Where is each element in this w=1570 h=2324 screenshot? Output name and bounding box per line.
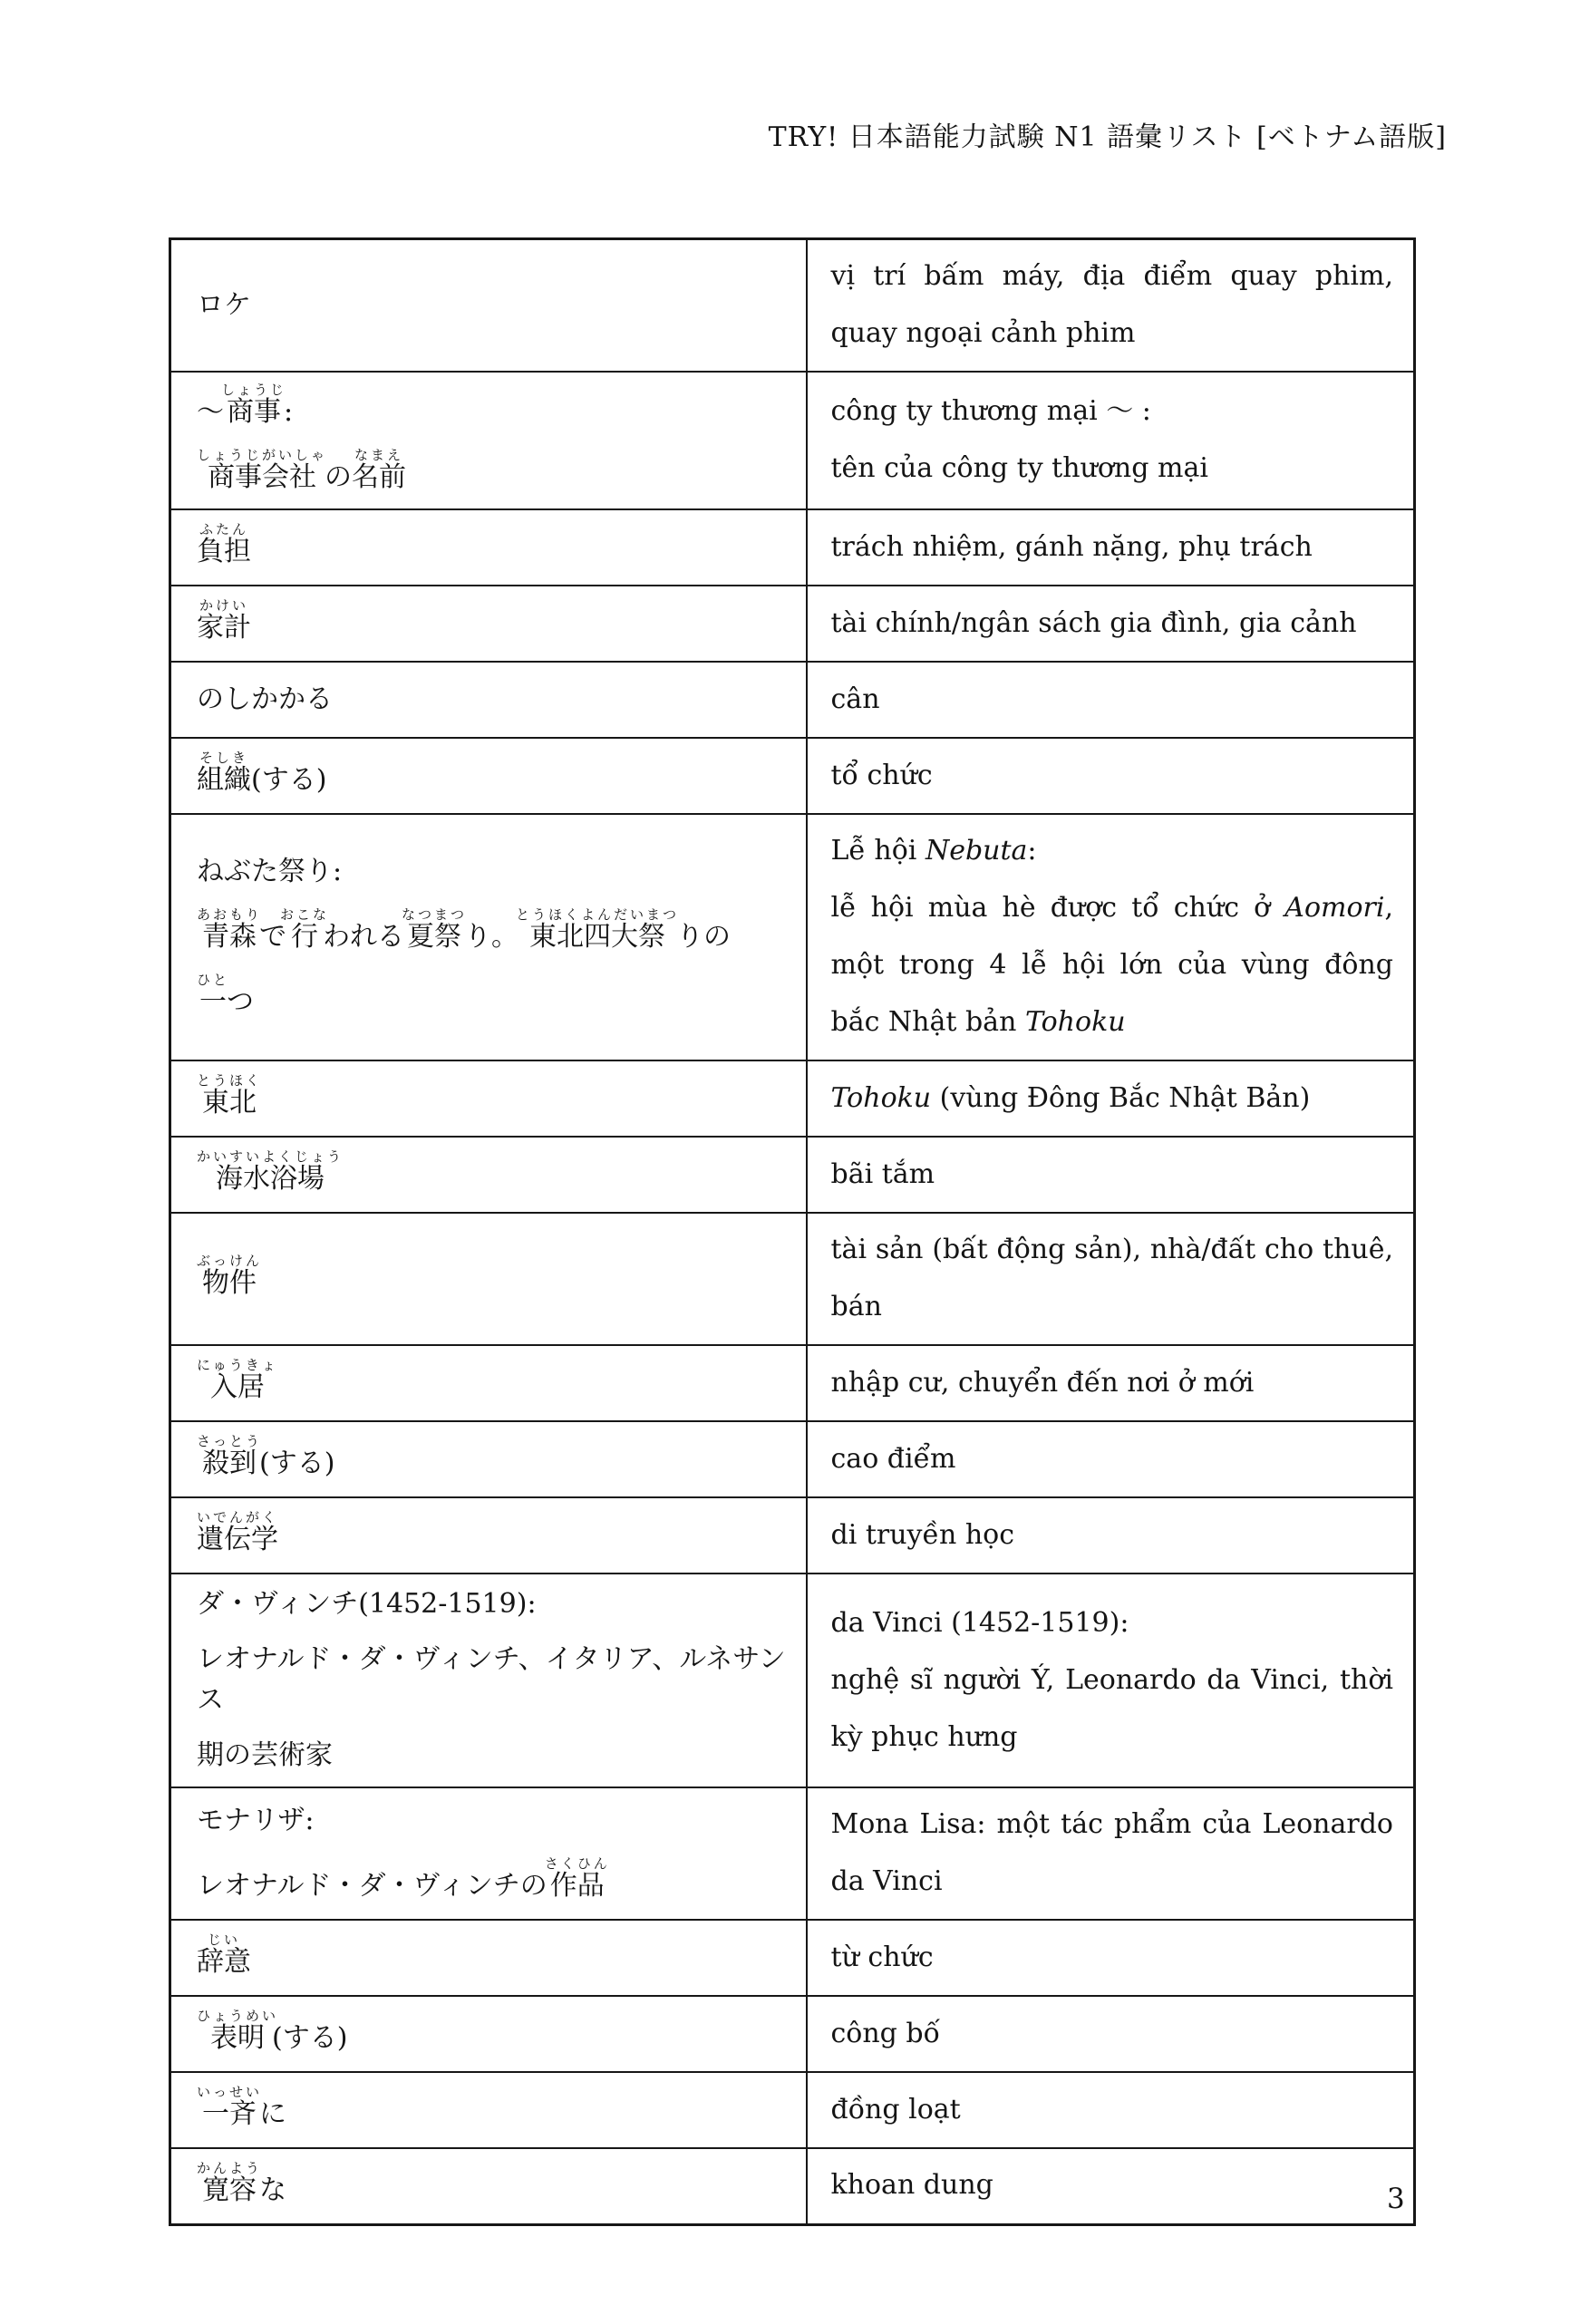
kanji-with-furigana: 辞意じい bbox=[197, 1946, 251, 1978]
page-number: 3 bbox=[1387, 2183, 1405, 2215]
japanese-line: 青森あおもりで行おこなわれる夏祭なつまつり。東北四大祭とうほくよんだいまつりの bbox=[197, 906, 791, 957]
japanese-line: 負担ふたん bbox=[197, 521, 791, 572]
japanese-line: 〜商事しょうじ: bbox=[197, 382, 791, 432]
japanese-term-cell: 物件ぶっけん bbox=[170, 1213, 807, 1345]
kanji-with-furigana: 表明ひょうめい bbox=[197, 2022, 272, 2054]
vietnamese-meaning-cell: bãi tắm bbox=[807, 1137, 1415, 1213]
table-row: のしかかるcân bbox=[170, 662, 1415, 738]
kanji-with-furigana: 家計かけい bbox=[197, 612, 251, 644]
italic-proper-noun: Nebuta bbox=[926, 835, 1027, 867]
table-row: ダ・ヴィンチ(1452-1519):レオナルド・ダ・ヴィンチ、イタリア、ルネサン… bbox=[170, 1574, 1415, 1787]
table-row: 〜商事しょうじ:商事会社しょうじがいしゃの名前なまえcông ty thương… bbox=[170, 372, 1415, 509]
japanese-term-cell: ダ・ヴィンチ(1452-1519):レオナルド・ダ・ヴィンチ、イタリア、ルネサン… bbox=[170, 1574, 807, 1787]
table-row: 寛容かんようなkhoan dung bbox=[170, 2148, 1415, 2224]
vietnamese-paragraph: nhập cư, chuyển đến nơi ở mới bbox=[831, 1354, 1394, 1411]
kanji-with-furigana: 入居にゅうきょ bbox=[197, 1371, 278, 1403]
table-row: 表明ひょうめい(する)công bố bbox=[170, 1996, 1415, 2072]
kanji-with-furigana: 遺伝学いでんがく bbox=[197, 1524, 278, 1555]
vietnamese-paragraph: Lễ hội Nebuta: bbox=[831, 822, 1394, 879]
vietnamese-paragraph: nghệ sĩ người Ý, Leonardo da Vinci, thời… bbox=[831, 1651, 1394, 1766]
italic-proper-noun: Tohoku bbox=[831, 1082, 932, 1114]
vietnamese-meaning-cell: da Vinci (1452-1519):nghệ sĩ người Ý, Le… bbox=[807, 1574, 1415, 1787]
japanese-term-cell: 海水浴場かいすいよくじょう bbox=[170, 1137, 807, 1213]
japanese-line: ロケ bbox=[197, 285, 791, 325]
kanji-with-furigana: 殺到さっとう bbox=[197, 1448, 259, 1479]
table-row: 遺伝学いでんがくdi truyền học bbox=[170, 1497, 1415, 1574]
kanji-with-furigana: 商事しょうじ bbox=[224, 396, 284, 428]
table-row: 一斉いっせいにđồng loạt bbox=[170, 2072, 1415, 2148]
japanese-line: のしかかる bbox=[197, 679, 791, 720]
vietnamese-paragraph: lễ hội mùa hè được tổ chức ở Aomori, một… bbox=[831, 879, 1394, 1051]
table-row: モナリザ:レオナルド・ダ・ヴィンチの作品さくひんMona Lisa: một t… bbox=[170, 1787, 1415, 1920]
kanji-with-furigana: 作品さくひん bbox=[548, 1870, 610, 1902]
japanese-line: 東北とうほく bbox=[197, 1072, 791, 1123]
vietnamese-paragraph: Tohoku (vùng Đông Bắc Nhật Bản) bbox=[831, 1070, 1394, 1127]
japanese-term-cell: 組織そしき(する) bbox=[170, 738, 807, 814]
vocab-table: ロケvị trí bấm máy, địa điểm quay phim, qu… bbox=[169, 237, 1416, 2226]
kanji-with-furigana: 一斉いっせい bbox=[197, 2098, 259, 2130]
vietnamese-meaning-cell: tổ chức bbox=[807, 738, 1415, 814]
vietnamese-paragraph: tài sản (bất động sản), nhà/đất cho thuê… bbox=[831, 1221, 1394, 1335]
japanese-line: 期の芸術家 bbox=[197, 1735, 791, 1776]
japanese-line: 寛容かんような bbox=[197, 2160, 791, 2211]
vietnamese-meaning-cell: đồng loạt bbox=[807, 2072, 1415, 2148]
japanese-term-cell: 寛容かんような bbox=[170, 2148, 807, 2224]
vietnamese-meaning-cell: Mona Lisa: một tác phẩm của Leonardo da … bbox=[807, 1787, 1415, 1920]
japanese-term-cell: のしかかる bbox=[170, 662, 807, 738]
table-row: 東北とうほくTohoku (vùng Đông Bắc Nhật Bản) bbox=[170, 1060, 1415, 1137]
vietnamese-paragraph: cân bbox=[831, 671, 1394, 728]
page-header-title: TRY! 日本語能力試験 N1 語彙リスト [ベトナム語版] bbox=[769, 114, 1447, 154]
kanji-with-furigana: 東北とうほく bbox=[197, 1087, 262, 1118]
japanese-term-cell: ねぶた祭り:青森あおもりで行おこなわれる夏祭なつまつり。東北四大祭とうほくよんだ… bbox=[170, 814, 807, 1060]
table-row: ロケvị trí bấm máy, địa điểm quay phim, qu… bbox=[170, 239, 1415, 373]
vietnamese-meaning-cell: Lễ hội Nebuta:lễ hội mùa hè được tổ chức… bbox=[807, 814, 1415, 1060]
kanji-with-furigana: 商事会社しょうじがいしゃ bbox=[197, 461, 325, 493]
japanese-line: ダ・ヴィンチ(1452-1519): bbox=[197, 1583, 791, 1624]
vietnamese-paragraph: vị trí bấm máy, địa điểm quay phim, quay… bbox=[831, 247, 1394, 362]
vietnamese-paragraph: công ty thương mại 〜 : bbox=[831, 382, 1394, 440]
vietnamese-paragraph: công bố bbox=[831, 2005, 1394, 2062]
japanese-line: 一斉いっせいに bbox=[197, 2084, 791, 2135]
vietnamese-paragraph: da Vinci (1452-1519): bbox=[831, 1594, 1394, 1651]
document-page: TRY! 日本語能力試験 N1 語彙リスト [ベトナム語版] ロケvị trí … bbox=[0, 0, 1570, 2324]
vietnamese-paragraph: tên của công ty thương mại bbox=[831, 440, 1394, 497]
japanese-term-cell: 入居にゅうきょ bbox=[170, 1345, 807, 1421]
kanji-with-furigana: 物件ぶっけん bbox=[197, 1267, 262, 1299]
kanji-with-furigana: 東北四大祭とうほくよんだいまつ bbox=[518, 921, 676, 953]
japanese-line: 殺到さっとう(する) bbox=[197, 1433, 791, 1484]
vietnamese-paragraph: trách nhiệm, gánh nặng, phụ trách bbox=[831, 518, 1394, 576]
vietnamese-meaning-cell: Tohoku (vùng Đông Bắc Nhật Bản) bbox=[807, 1060, 1415, 1137]
vietnamese-paragraph: từ chức bbox=[831, 1929, 1394, 1986]
vietnamese-meaning-cell: khoan dung bbox=[807, 2148, 1415, 2224]
table-row: 入居にゅうきょnhập cư, chuyển đến nơi ở mới bbox=[170, 1345, 1415, 1421]
vietnamese-paragraph: bãi tắm bbox=[831, 1146, 1394, 1203]
vocab-table-body: ロケvị trí bấm máy, địa điểm quay phim, qu… bbox=[170, 239, 1415, 2225]
japanese-term-cell: ロケ bbox=[170, 239, 807, 373]
table-row: 海水浴場かいすいよくじょうbãi tắm bbox=[170, 1137, 1415, 1213]
japanese-term-cell: 殺到さっとう(する) bbox=[170, 1421, 807, 1497]
table-row: 負担ふたんtrách nhiệm, gánh nặng, phụ trách bbox=[170, 509, 1415, 586]
vietnamese-paragraph: Mona Lisa: một tác phẩm của Leonardo da … bbox=[831, 1796, 1394, 1910]
vietnamese-meaning-cell: tài sản (bất động sản), nhà/đất cho thuê… bbox=[807, 1213, 1415, 1345]
japanese-line: 家計かけい bbox=[197, 597, 791, 648]
japanese-line: 組織そしき(する) bbox=[197, 750, 791, 800]
japanese-line: 入居にゅうきょ bbox=[197, 1357, 791, 1408]
japanese-line: 一ひとつ bbox=[197, 972, 791, 1022]
kanji-with-furigana: 名前なまえ bbox=[352, 461, 406, 493]
kanji-with-furigana: 青森あおもり bbox=[197, 921, 259, 953]
kanji-with-furigana: 一ひと bbox=[197, 986, 227, 1018]
japanese-line: 辞意じい bbox=[197, 1932, 791, 1982]
japanese-term-cell: モナリザ:レオナルド・ダ・ヴィンチの作品さくひん bbox=[170, 1787, 807, 1920]
japanese-term-cell: 遺伝学いでんがく bbox=[170, 1497, 807, 1574]
japanese-line: 表明ひょうめい(する) bbox=[197, 2008, 791, 2058]
vietnamese-paragraph: tổ chức bbox=[831, 747, 1394, 804]
table-row: 辞意じいtừ chức bbox=[170, 1920, 1415, 1996]
japanese-term-cell: 表明ひょうめい(する) bbox=[170, 1996, 807, 2072]
japanese-line: レオナルド・ダ・ヴィンチの作品さくひん bbox=[197, 1855, 791, 1906]
table-row: 組織そしき(する)tổ chức bbox=[170, 738, 1415, 814]
vietnamese-meaning-cell: cao điểm bbox=[807, 1421, 1415, 1497]
vietnamese-paragraph: cao điểm bbox=[831, 1430, 1394, 1487]
italic-proper-noun: Aomori bbox=[1284, 892, 1384, 924]
japanese-term-cell: 辞意じい bbox=[170, 1920, 807, 1996]
kanji-with-furigana: 負担ふたん bbox=[197, 536, 251, 567]
vietnamese-meaning-cell: cân bbox=[807, 662, 1415, 738]
japanese-term-cell: 〜商事しょうじ:商事会社しょうじがいしゃの名前なまえ bbox=[170, 372, 807, 509]
kanji-with-furigana: 夏祭なつまつ bbox=[404, 921, 464, 953]
japanese-line: 遺伝学いでんがく bbox=[197, 1509, 791, 1560]
table-row: 殺到さっとう(する)cao điểm bbox=[170, 1421, 1415, 1497]
vietnamese-meaning-cell: công bố bbox=[807, 1996, 1415, 2072]
vietnamese-meaning-cell: di truyền học bbox=[807, 1497, 1415, 1574]
vietnamese-meaning-cell: vị trí bấm máy, địa điểm quay phim, quay… bbox=[807, 239, 1415, 373]
japanese-term-cell: 負担ふたん bbox=[170, 509, 807, 586]
vietnamese-paragraph: khoan dung bbox=[831, 2156, 1394, 2213]
japanese-line: レオナルド・ダ・ヴィンチ、イタリア、ルネサンス bbox=[197, 1639, 791, 1720]
vietnamese-meaning-cell: nhập cư, chuyển đến nơi ở mới bbox=[807, 1345, 1415, 1421]
japanese-line: ねぶた祭り: bbox=[197, 851, 791, 892]
japanese-line: 商事会社しょうじがいしゃの名前なまえ bbox=[197, 447, 791, 498]
kanji-with-furigana: 行おこな bbox=[286, 921, 323, 953]
vietnamese-meaning-cell: công ty thương mại 〜 :tên của công ty th… bbox=[807, 372, 1415, 509]
vietnamese-meaning-cell: trách nhiệm, gánh nặng, phụ trách bbox=[807, 509, 1415, 586]
kanji-with-furigana: 組織そしき bbox=[197, 764, 251, 796]
vietnamese-paragraph: tài chính/ngân sách gia đình, gia cảnh bbox=[831, 595, 1394, 652]
japanese-term-cell: 家計かけい bbox=[170, 586, 807, 662]
japanese-term-cell: 一斉いっせいに bbox=[170, 2072, 807, 2148]
italic-proper-noun: Tohoku bbox=[1025, 1006, 1126, 1038]
table-row: 物件ぶっけんtài sản (bất động sản), nhà/đất ch… bbox=[170, 1213, 1415, 1345]
table-row: 家計かけいtài chính/ngân sách gia đình, gia c… bbox=[170, 586, 1415, 662]
kanji-with-furigana: 海水浴場かいすいよくじょう bbox=[197, 1163, 344, 1195]
kanji-with-furigana: 寛容かんよう bbox=[197, 2174, 259, 2206]
vietnamese-paragraph: di truyền học bbox=[831, 1506, 1394, 1564]
table-row: ねぶた祭り:青森あおもりで行おこなわれる夏祭なつまつり。東北四大祭とうほくよんだ… bbox=[170, 814, 1415, 1060]
japanese-line: モナリザ: bbox=[197, 1800, 791, 1841]
japanese-line: 物件ぶっけん bbox=[197, 1253, 791, 1303]
vietnamese-meaning-cell: từ chức bbox=[807, 1920, 1415, 1996]
vietnamese-meaning-cell: tài chính/ngân sách gia đình, gia cảnh bbox=[807, 586, 1415, 662]
japanese-line: 海水浴場かいすいよくじょう bbox=[197, 1148, 791, 1199]
vietnamese-paragraph: đồng loạt bbox=[831, 2081, 1394, 2138]
japanese-term-cell: 東北とうほく bbox=[170, 1060, 807, 1137]
